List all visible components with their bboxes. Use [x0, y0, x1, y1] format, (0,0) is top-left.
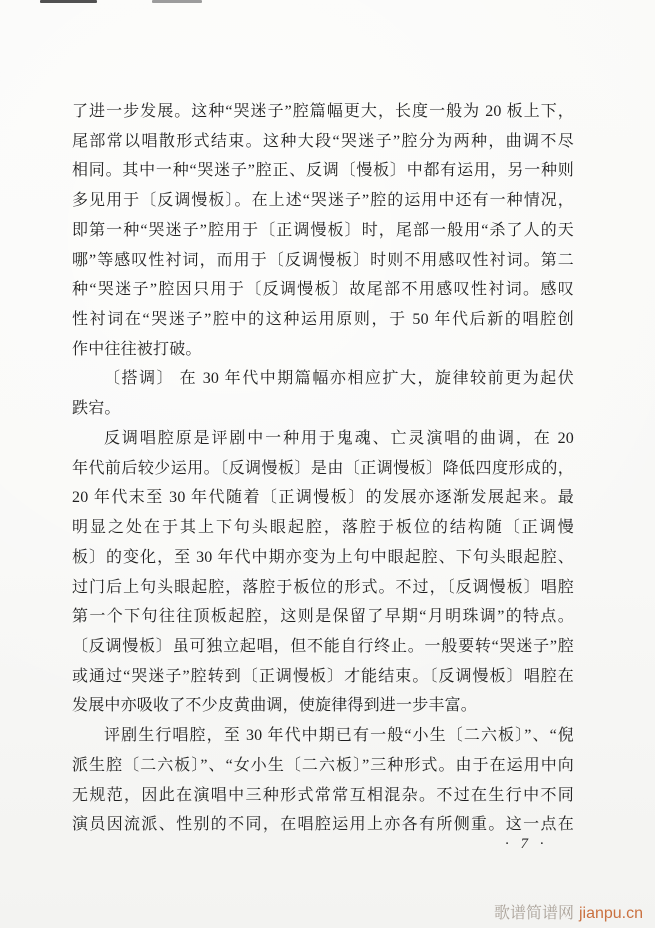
text-line: 跌宕。 — [72, 394, 574, 424]
text-line: 发展中亦吸收了不少皮黄曲调，使旋律得到进一步丰富。 — [72, 691, 574, 721]
text-line: 作中往往被打破。 — [72, 335, 574, 365]
text-line: 相同。其中一种“哭迷子”腔正、反调〔慢板〕中都有运用，另一种则 — [72, 156, 574, 186]
text-line: 了进一步发展。这种“哭迷子”腔篇幅更大，长度一般为 20 板上下， — [72, 97, 574, 127]
text-line: 评剧生行唱腔，至 30 年代中期已有一般“小生〔二六板〕”、“倪 — [72, 721, 574, 751]
text-line: 第一个下句往往顶板起腔，这则是保留了早期“月明珠调”的特点。 — [72, 602, 574, 632]
text-line: 〔搭调〕 在 30 年代中期篇幅亦相应扩大，旋律较前更为起伏 — [72, 364, 574, 394]
text-line: 〔反调慢板〕虽可独立起唱，但不能自行终止。一般要转“哭迷子”腔 — [72, 632, 574, 662]
page-text: 了进一步发展。这种“哭迷子”腔篇幅更大，长度一般为 20 板上下，尾部常以唱散形… — [72, 97, 574, 840]
text-line: 派生腔〔二六板〕”、“女小生〔二六板〕”三种形式。由于在运用中向 — [72, 751, 574, 781]
text-line: 即第一种“哭迷子”腔用于〔正调慢板〕时，尾部一般用“杀了人的天 — [72, 216, 574, 246]
text-line: 年代前后较少运用。〔反调慢板〕是由〔正调慢板〕降低四度形成的， — [72, 454, 574, 484]
text-line: 尾部常以唱散形式结束。这种大段“哭迷子”腔分为两种，曲调不尽 — [72, 127, 574, 157]
text-line: 反调唱腔原是评剧中一种用于鬼魂、亡灵演唱的曲调，在 20 — [72, 424, 574, 454]
text-line: 演员因流派、性别的不同，在唱腔运用上亦各有所侧重。这一点在 — [72, 810, 574, 840]
text-line: 明显之处在于其上下句头眼起腔，落腔于板位的结构随〔正调慢 — [72, 513, 574, 543]
text-line: 无规范，因此在演唱中三种形式常常互相混杂。不过在生行中不同 — [72, 781, 574, 811]
text-line: 过门后上句头眼起腔，落腔于板位的形式。不过，〔反调慢板〕唱腔 — [72, 573, 574, 603]
text-line: 或通过“哭迷子”腔转到〔正调慢板〕才能结束。〔反调慢板〕唱腔在 — [72, 662, 574, 692]
page-number: · 7 · — [505, 836, 575, 853]
text-line: 20 年代末至 30 年代随着〔正调慢板〕的发展亦逐渐发展起来。最 — [72, 483, 574, 513]
text-line: 多见用于〔反调慢板〕。在上述“哭迷子”腔的运用中还有一种情况， — [72, 186, 574, 216]
scanned-book-page: 了进一步发展。这种“哭迷子”腔篇幅更大，长度一般为 20 板上下，尾部常以唱散形… — [0, 0, 655, 928]
text-line: 性衬词在“哭迷子”腔中的这种运用原则，于 50 年代后新的唱腔创 — [72, 305, 574, 335]
scan-artifact-bar-light — [152, 0, 202, 3]
scan-artifact-bar-dark — [40, 0, 97, 3]
watermark: 歌谱简谱网jianpu.cn — [494, 900, 643, 923]
text-line: 哪”等感叹性衬词，而用于〔反调慢板〕时则不用感叹性衬词。第二 — [72, 246, 574, 276]
text-line: 种“哭迷子”腔因只用于〔反调慢板〕故尾部不用感叹性衬词。感叹 — [72, 275, 574, 305]
watermark-site-name: 歌谱简谱网 — [494, 905, 574, 922]
text-line: 板〕的变化，至 30 年代中期亦变为上句中眼起腔、下句头眼起腔、 — [72, 543, 574, 573]
watermark-site-url: jianpu.cn — [579, 905, 643, 922]
